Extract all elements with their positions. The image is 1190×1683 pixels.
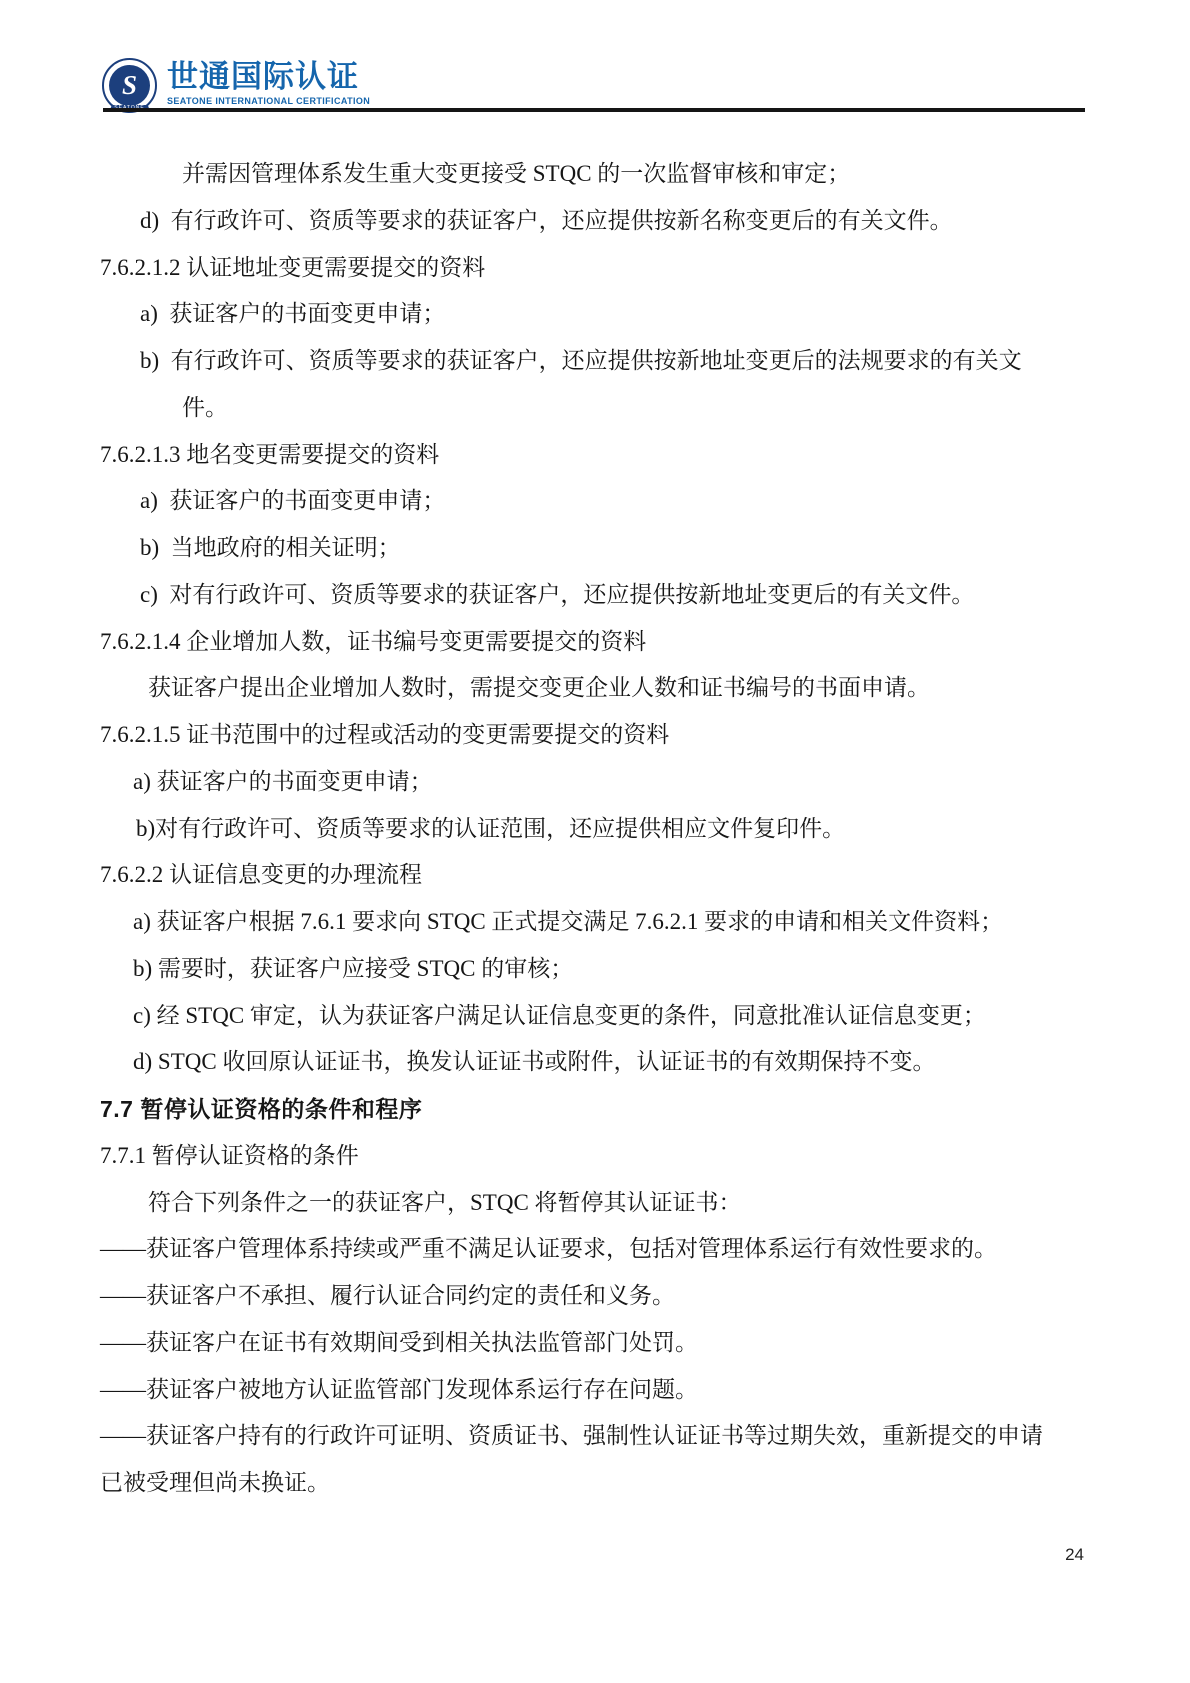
text-line: 7.6.2.1.5 证书范围中的过程或活动的变更需要提交的资料 [100, 712, 1092, 759]
page-number: 24 [1065, 1545, 1084, 1565]
document-page: S SEATONE 世通国际认证 SEATONE INTERNATIONAL C… [0, 0, 1190, 1683]
text-line: b) 需要时，获证客户应接受 STQC 的审核； [100, 946, 1092, 993]
text-line: 7.6.2.1.3 地名变更需要提交的资料 [100, 432, 1092, 479]
text-line: b) 当地政府的相关证明； [100, 525, 1092, 572]
emblem-letter-text: S [122, 70, 137, 101]
text-line: 获证客户提出企业增加人数时，需提交变更企业人数和证书编号的书面申请。 [100, 665, 1092, 712]
document-body: 并需因管理体系发生重大变更接受 STQC 的一次监督审核和审定；d) 有行政许可… [100, 151, 1092, 1507]
logo-text: 世通国际认证 SEATONE INTERNATIONAL CERTIFICATI… [167, 58, 370, 107]
header-rule [103, 108, 1085, 112]
text-line: a) 获证客户的书面变更申请； [100, 759, 1092, 806]
text-line: 7.6.2.2 认证信息变更的办理流程 [100, 852, 1092, 899]
text-line: ——获证客户在证书有效期间受到相关执法监管部门处罚。 [100, 1320, 1092, 1367]
text-line: a) 获证客户根据 7.6.1 要求向 STQC 正式提交满足 7.6.2.1 … [100, 899, 1092, 946]
section-heading: 7.7 暂停认证资格的条件和程序 [100, 1086, 1092, 1133]
text-line: a) 获证客户的书面变更申请； [100, 291, 1092, 338]
logo-title-cn: 世通国际认证 [167, 60, 370, 94]
text-line: 符合下列条件之一的获证客户，STQC 将暂停其认证证书： [100, 1180, 1092, 1227]
text-line: c) 对有行政许可、资质等要求的获证客户，还应提供按新地址变更后的有关文件。 [100, 572, 1092, 619]
text-line: ——获证客户持有的行政许可证明、资质证书、强制性认证证书等过期失效，重新提交的申… [100, 1413, 1092, 1460]
text-line: d) STQC 收回原认证证书，换发认证证书或附件，认证证书的有效期保持不变。 [100, 1039, 1092, 1086]
text-line: ——获证客户被地方认证监管部门发现体系运行存在问题。 [100, 1367, 1092, 1414]
text-line: ——获证客户管理体系持续或严重不满足认证要求，包括对管理体系运行有效性要求的。 [100, 1226, 1092, 1273]
logo: S SEATONE 世通国际认证 SEATONE INTERNATIONAL C… [102, 58, 370, 113]
emblem-letter: S [109, 65, 150, 106]
text-line: 7.7.1 暂停认证资格的条件 [100, 1133, 1092, 1180]
text-line: b)对有行政许可、资质等要求的认证范围，还应提供相应文件复印件。 [100, 806, 1092, 853]
text-line: c) 经 STQC 审定，认为获证客户满足认证信息变更的条件，同意批准认证信息变… [100, 993, 1092, 1040]
text-line: ——获证客户不承担、履行认证合同约定的责任和义务。 [100, 1273, 1092, 1320]
text-line: 件。 [100, 385, 1092, 432]
text-line: d) 有行政许可、资质等要求的获证客户，还应提供按新名称变更后的有关文件。 [100, 198, 1092, 245]
text-line: a) 获证客户的书面变更申请； [100, 478, 1092, 525]
seatone-emblem-icon: S SEATONE [102, 58, 157, 113]
logo-subtitle-en: SEATONE INTERNATIONAL CERTIFICATION [167, 96, 370, 107]
text-line: 7.6.2.1.2 认证地址变更需要提交的资料 [100, 245, 1092, 292]
text-line: 7.6.2.1.4 企业增加人数，证书编号变更需要提交的资料 [100, 619, 1092, 666]
text-line: 已被受理但尚未换证。 [100, 1460, 1092, 1507]
text-line: 并需因管理体系发生重大变更接受 STQC 的一次监督审核和审定； [100, 151, 1092, 198]
text-line: b) 有行政许可、资质等要求的获证客户，还应提供按新地址变更后的法规要求的有关文 [100, 338, 1092, 385]
